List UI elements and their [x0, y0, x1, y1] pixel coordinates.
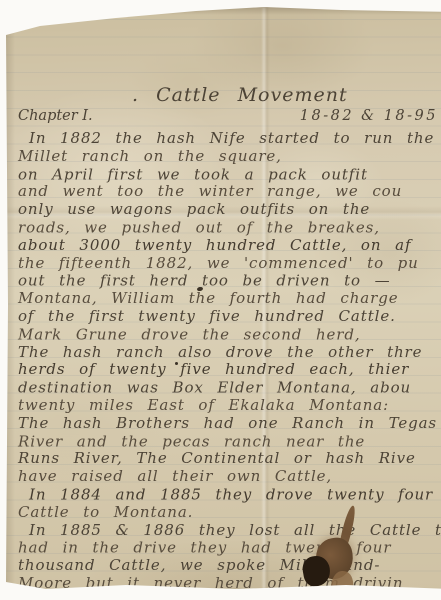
chapter-row: Chapter I. 18-82 & 18-95: [18, 108, 440, 124]
handwriting-lines: In 1882 the hash Nife started to run the…: [18, 130, 441, 593]
photo-backdrop: . Cattle Movement Chapter I. 18-82 & 18-…: [0, 0, 441, 600]
handwriting-line: In 1884 and 1885 they drove twenty four …: [18, 486, 441, 504]
handwriting-line: roads, we pushed out of the breakes,: [18, 219, 441, 237]
handwriting-line: The hash ranch also drove the other thre: [18, 344, 441, 362]
handwriting-line: out the first herd too be driven to —: [18, 273, 441, 291]
date-range: 18-82 & 18-95: [300, 108, 438, 124]
handwriting-line: River and the pecas ranch near the: [18, 433, 441, 451]
handwriting-line: Cattle to Montana.: [18, 504, 441, 522]
chapter-label: Chapter I.: [18, 108, 93, 124]
handwriting-line: twenty miles East of Ekalaka Montana:: [18, 397, 441, 415]
handwriting-line: the fifteenth 1882, we 'commenced' to pu: [18, 255, 441, 273]
handwriting-line: thousand Cattle, we spoke Millet and-: [18, 557, 441, 575]
handwriting-line: The hash Brothers had one Ranch in Tegas: [18, 415, 441, 433]
handwriting-line: had in the drive they had twenty four: [18, 540, 441, 558]
handwriting-line: Montana, William the fourth had charge: [18, 290, 441, 308]
ink-speck: [175, 362, 178, 365]
handwriting-line: Moore but it never herd of them drivin: [18, 575, 441, 593]
handwriting-line: about 3000 twenty hundred Cattle, on af: [18, 237, 441, 255]
handwriting-line: herds of twenty five hundred each, thier: [18, 361, 441, 379]
handwriting-line: on April first we took a pack outfit: [18, 166, 441, 184]
ink-stain-drip: [332, 587, 360, 600]
handwriting-line: of the first twenty five hundred Cattle.: [18, 308, 441, 326]
manuscript-page: . Cattle Movement Chapter I. 18-82 & 18-…: [6, 5, 441, 595]
handwriting-line: have raised all their own Cattle,: [18, 468, 441, 486]
handwriting-line: Runs River, The Continental or hash Rive: [18, 450, 441, 468]
handwriting-line: only use wagons pack outfits on the: [18, 201, 441, 219]
handwriting-line: Mark Grune drove the second herd,: [18, 326, 441, 344]
page-title: . Cattle Movement: [132, 84, 348, 106]
handwriting-line: and went too the winter range, we cou: [18, 183, 441, 201]
handwriting-line: In 1885 & 1886 they lost all the Cattle …: [18, 522, 441, 540]
handwriting-line: destination was Box Elder Montana, abou: [18, 380, 441, 398]
handwriting-line: In 1882 the hash Nife started to run the: [18, 130, 441, 148]
handwriting-line: Millet ranch on the square,: [18, 148, 441, 166]
